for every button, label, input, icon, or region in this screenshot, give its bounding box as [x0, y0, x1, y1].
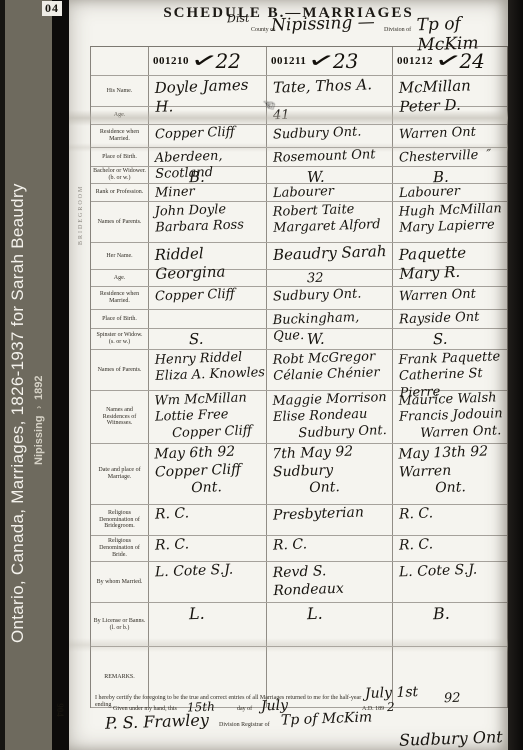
handwritten-entry: Sudbury Ont. [273, 124, 362, 143]
handwritten-entry: Hugh McMillan Mary Lapierre [398, 201, 502, 237]
handwritten-entry: Warren Ont [399, 287, 476, 306]
book-gutter [52, 0, 69, 750]
page-right-edge [508, 0, 523, 750]
cell-her-name-col3: Paquette Mary R. [393, 243, 507, 269]
table-row-names-of-parents: Names of Parents.Henry Riddel Eliza A. K… [91, 350, 507, 391]
row-label-religious-denomination-of-bride: Religious Denomination of Bride. [91, 536, 149, 561]
cell-by-license-or-banns-l-or-b-col3: B. [393, 603, 507, 646]
row-label-names-of-parents: Names of Parents. [91, 202, 149, 242]
cell-by-whom-married-col2: Revd S. Rondeaux [267, 562, 393, 602]
handwritten-entry: L. [189, 604, 205, 625]
handwritten-entry: L. [307, 604, 323, 625]
cell-place-of-birth-col3: Chesterville ″ [393, 148, 507, 166]
cell-residence-when-married-col2: Sudbury Ont. [267, 125, 393, 147]
cell-by-whom-married-col3: L. Cote S.J. [393, 562, 507, 602]
row-label-names-of-parents: Names of Parents. [91, 350, 149, 390]
cell-names-of-parents-col1: Henry Riddel Eliza A. Knowles [149, 350, 267, 390]
row-label-spinster-or-widow-s-or-w: Spinster or Widow. (s. or w.) [91, 329, 149, 349]
cell-names-of-parents-col2: Robt McGregor Célanie Chénier [267, 350, 393, 390]
row-label-residence-when-married: Residence when Married. [91, 125, 149, 147]
row-label-his-name: His Name. [91, 76, 149, 106]
cell-his-name-col2: Tate, Thos A. [267, 76, 393, 106]
handwritten-entry: Wm McMillan Lottie Free Copper Cliff [154, 390, 252, 442]
handwritten-entry: Doyle James H. [154, 75, 266, 116]
breadcrumb-year[interactable]: 1892 [33, 376, 45, 400]
handwritten-entry: May 13th 92 Warren Ont. [398, 443, 490, 499]
handwritten-entry: L. Cote S.J. [399, 562, 478, 582]
handwritten-entry: Riddel Georgina [154, 242, 266, 283]
document-image[interactable]: 04 904 BRIDEGROOM SCHEDULE B.—MARRIAGES … [69, 0, 508, 750]
checkmark-icon: ✓ [432, 46, 464, 75]
handwritten-entry: R. C. [399, 536, 434, 555]
cell-place-of-birth-col1 [149, 310, 267, 328]
marriage-register-table: 001210✓22001211✓23001212✓24His Name.Doyl… [90, 46, 508, 708]
registrar-signature: P. S. Frawley [105, 710, 209, 733]
record-viewer: Ontario, Canada, Marriages, 1826-1937 fo… [0, 0, 523, 750]
cell-names-of-parents-col1: John Doyle Barbara Ross [149, 202, 267, 242]
cell-religious-denomination-of-bridegroom-col2: Presbyterian [267, 505, 393, 535]
cell-by-whom-married-col1: L. Cote S.J. [149, 562, 267, 602]
cell-age-col2: 41 [267, 107, 393, 124]
handwritten-entry: Aberdeen, Scotland [154, 147, 266, 183]
cell-his-name-col1: Doyle James H. [149, 76, 267, 106]
handwritten-entry: Revd S. Rondeaux [272, 561, 392, 600]
table-row-names-of-parents: Names of Parents.John Doyle Barbara Ross… [91, 202, 507, 243]
county-hand: Nipissing — [271, 12, 375, 36]
cell-date-and-place-of-marriage-col3: May 13th 92 Warren Ont. [393, 444, 507, 504]
ending-year-hand: 92 [444, 691, 461, 707]
bottom-right-hand: Sudbury Ont [399, 727, 503, 750]
handwritten-entry: Sudbury Ont. [273, 286, 362, 305]
breadcrumb-place[interactable]: Nipissing [33, 415, 45, 465]
cell-bachelor-or-widower-b-or-w-col2: W. [267, 167, 393, 183]
ad-year-hand: 2 [387, 700, 395, 714]
cell-religious-denomination-of-bridegroom-col1: R. C. [149, 505, 267, 535]
handwritten-entry: R. C. [155, 505, 190, 524]
handwritten-entry: S. [433, 330, 448, 349]
registration-cell-1: 001210✓22 [149, 47, 267, 75]
handwritten-entry: L. Cote S.J. [155, 562, 234, 582]
row-label-residence-when-married: Residence when Married. [91, 287, 149, 309]
handwritten-entry: Warren Ont [399, 125, 476, 144]
margin-bridegroom-label: BRIDEGROOM [78, 105, 84, 245]
handwritten-entry: Robert Taite Margaret Alford [272, 201, 380, 237]
breadcrumb: Nipissing › 1892 [33, 285, 45, 465]
cell-rank-or-profession-col1: Miner [149, 184, 267, 201]
cell-names-of-parents-col3: Hugh McMillan Mary Lapierre [393, 202, 507, 242]
cell-names-of-parents-col3: Frank Paquette Catherine St Pierre [393, 350, 507, 390]
cell-names-of-parents-col2: Robert Taite Margaret Alford [267, 202, 393, 242]
handwritten-entry: Labourer [273, 184, 335, 202]
handwritten-entry: S. [189, 330, 204, 349]
handwritten-entry: Robt McGregor Célanie Chénier [272, 349, 379, 385]
cell-residence-when-married-col1: Copper Cliff [149, 125, 267, 147]
cell-bachelor-or-widower-b-or-w-col3: B. [393, 167, 507, 183]
district-line: Dist County of Nipissing — Division of T… [159, 18, 499, 46]
row-label-by-whom-married: By whom Married. [91, 562, 149, 602]
registration-cell-3: 001212✓24 [393, 47, 507, 75]
row-label-bachelor-or-widower-b-or-w: Bachelor or Widower. (b. or w.) [91, 167, 149, 183]
handwritten-entry: Presbyterian [273, 504, 364, 525]
table-row-her-name: Her Name.Riddel GeorginaBeaudry SarahPaq… [91, 243, 507, 270]
handwritten-entry: Henry Riddel Eliza A. Knowles [154, 349, 265, 385]
table-row-his-name: His Name.Doyle James H.Tate, Thos A.McMi… [91, 76, 507, 107]
cell-by-license-or-banns-l-or-b-col2: L. [267, 603, 393, 646]
page-number-top: 04 [42, 1, 62, 16]
handwritten-entry: Copper Cliff [155, 287, 235, 306]
row-label-date-and-place-of-marriage: Date and place of Marriage. [91, 444, 149, 504]
handwritten-entry: Beaudry Sarah [273, 242, 387, 265]
collection-side-panel[interactable]: Ontario, Canada, Marriages, 1826-1937 fo… [0, 0, 52, 750]
cell-age-col2: 32 [267, 270, 393, 286]
handwritten-entry: B. [433, 604, 451, 625]
table-row-place-of-birth: Place of Birth.Buckingham, Que.Rayside O… [91, 310, 507, 329]
handwritten-entry: R. C. [155, 536, 190, 555]
cell-place-of-birth-col1: Aberdeen, Scotland [149, 148, 267, 166]
division-label: Division of [384, 27, 411, 34]
table-row-residence-when-married: Residence when Married.Copper CliffSudbu… [91, 287, 507, 310]
handwritten-entry: Tate, Thos A. [273, 75, 373, 97]
handwritten-entry: Paquette Mary R. [398, 242, 507, 283]
cell-place-of-birth-col2: Buckingham, Que. [267, 310, 393, 328]
checkmark-icon: ✓ [188, 46, 220, 75]
cell-residence-when-married-col3: Warren Ont [393, 125, 507, 147]
cell-spinster-or-widow-s-or-w-col3: S. [393, 329, 507, 349]
handwritten-entry: 41 [273, 108, 290, 125]
cell-religious-denomination-of-bridegroom-col3: R. C. [393, 505, 507, 535]
row-label-place-of-birth: Place of Birth. [91, 148, 149, 166]
handwritten-entry: R. C. [399, 505, 434, 524]
cell-date-and-place-of-marriage-col2: 7th May 92 Sudbury Ont. [267, 444, 393, 504]
handwritten-entry: 32 [307, 271, 324, 288]
cell-residence-when-married-col1: Copper Cliff [149, 287, 267, 309]
day-of-text: day of [237, 706, 252, 713]
table-row-residence-when-married: Residence when Married.Copper CliffSudbu… [91, 125, 507, 148]
table-row-names-and-residences-of-witnesses: Names and Residences of Witnesses.Wm McM… [91, 391, 507, 444]
table-row-place-of-birth: Place of Birth.Aberdeen, ScotlandRosemou… [91, 148, 507, 167]
table-row-religious-denomination-of-bride: Religious Denomination of Bride.R. C.R. … [91, 536, 507, 562]
registration-stamp: 001211 [271, 55, 306, 67]
table-row-bachelor-or-widower-b-or-w: Bachelor or Widower. (b. or w.)B.W.B. [91, 167, 507, 184]
cell-residence-when-married-col3: Warren Ont [393, 287, 507, 309]
cell-rank-or-profession-col2: Labourer [267, 184, 393, 201]
handwritten-entry: Chesterville ″ [399, 147, 492, 166]
cell-place-of-birth-col2: Rosemount Ont [267, 148, 393, 166]
dist-hand: Dist [227, 12, 250, 26]
collection-title: Ontario, Canada, Marriages, 1826-1937 fo… [8, 28, 28, 643]
handwritten-entry: Miner [155, 184, 195, 202]
table-row-rank-or-profession: Rank or Profession.MinerLabourerLabourer [91, 184, 507, 202]
handwritten-entry: W. [307, 330, 325, 349]
row-label-religious-denomination-of-bridegroom: Religious Denomination of Bridegroom. [91, 505, 149, 535]
breadcrumb-separator-icon: › [34, 406, 45, 409]
handwritten-entry: 7th May 92 Sudbury Ont. [272, 444, 355, 499]
registration-cell-2: 001211✓23 [267, 47, 393, 75]
handwritten-entry: Maurice Walsh Francis Jodouin Warren Ont… [398, 390, 503, 442]
registrar-text: Division Registrar of [219, 722, 270, 729]
table-row-date-and-place-of-marriage: Date and place of Marriage.May 6th 92 Co… [91, 444, 507, 505]
row-label-place-of-birth: Place of Birth. [91, 310, 149, 328]
row-label-her-name: Her Name. [91, 243, 149, 269]
checkmark-icon: ✓ [306, 46, 338, 75]
cell-rank-or-profession-col3: Labourer [393, 184, 507, 201]
registration-number-row: 001210✓22001211✓23001212✓24 [91, 47, 507, 76]
cell-his-name-col3: McMillan Peter D. [393, 76, 507, 106]
cell-her-name-col1: Riddel Georgina [149, 243, 267, 269]
cell-place-of-birth-col3: Rayside Ont [393, 310, 507, 328]
table-row-by-whom-married: By whom Married.L. Cote S.J.Revd S. Rond… [91, 562, 507, 603]
handwritten-entry: R. C. [273, 536, 308, 555]
registration-stamp: 001212 [397, 55, 433, 67]
handwritten-entry: Labourer [399, 184, 461, 202]
registrar-place-hand: Tp of McKim [281, 709, 373, 728]
handwritten-entry: Rosemount Ont [273, 147, 376, 167]
handwritten-entry: May 6th 92 Copper Cliff Ont. [154, 444, 242, 499]
cell-names-and-residences-of-witnesses-col1: Wm McMillan Lottie Free Copper Cliff [149, 391, 267, 443]
table-row-by-license-or-banns-l-or-b: By License or Banns. (l. or b.)L.L.B. [91, 603, 507, 647]
table-row-religious-denomination-of-bridegroom: Religious Denomination of Bridegroom.R. … [91, 505, 507, 536]
cell-religious-denomination-of-bride-col1: R. C. [149, 536, 267, 561]
handwritten-entry: John Doyle Barbara Ross [154, 201, 244, 237]
handwritten-entry: Rayside Ont [399, 310, 480, 329]
row-label-rank-or-profession: Rank or Profession. [91, 184, 149, 201]
registration-row-label [91, 47, 149, 75]
cell-religious-denomination-of-bride-col3: R. C. [393, 536, 507, 561]
cell-date-and-place-of-marriage-col1: May 6th 92 Copper Cliff Ont. [149, 444, 267, 504]
cell-residence-when-married-col2: Sudbury Ont. [267, 287, 393, 309]
row-label-names-and-residences-of-witnesses: Names and Residences of Witnesses. [91, 391, 149, 443]
cell-her-name-col2: Beaudry Sarah [267, 243, 393, 269]
certification-block: I hereby certify the foregoing to be the… [69, 689, 508, 750]
handwritten-entry: McMillan Peter D. [398, 75, 507, 116]
cell-names-and-residences-of-witnesses-col3: Maurice Walsh Francis Jodouin Warren Ont… [393, 391, 507, 443]
row-label-age: Age. [91, 107, 149, 124]
cell-by-license-or-banns-l-or-b-col1: L. [149, 603, 267, 646]
registration-stamp: 001210 [153, 55, 189, 67]
cell-spinster-or-widow-s-or-w-col1: S. [149, 329, 267, 349]
row-label-age: Age. [91, 270, 149, 286]
cell-religious-denomination-of-bride-col2: R. C. [267, 536, 393, 561]
handwritten-entry: Copper Cliff [155, 125, 235, 144]
row-label-by-license-or-banns-l-or-b: By License or Banns. (l. or b.) [91, 603, 149, 646]
handwritten-entry: Maggie Morrison Elise Rondeau Sudbury On… [272, 390, 388, 443]
cell-names-and-residences-of-witnesses-col2: Maggie Morrison Elise Rondeau Sudbury On… [267, 391, 393, 443]
page-number-bottom: 904 [55, 703, 65, 717]
handwritten-entry: Buckingham, Que. [272, 309, 392, 346]
